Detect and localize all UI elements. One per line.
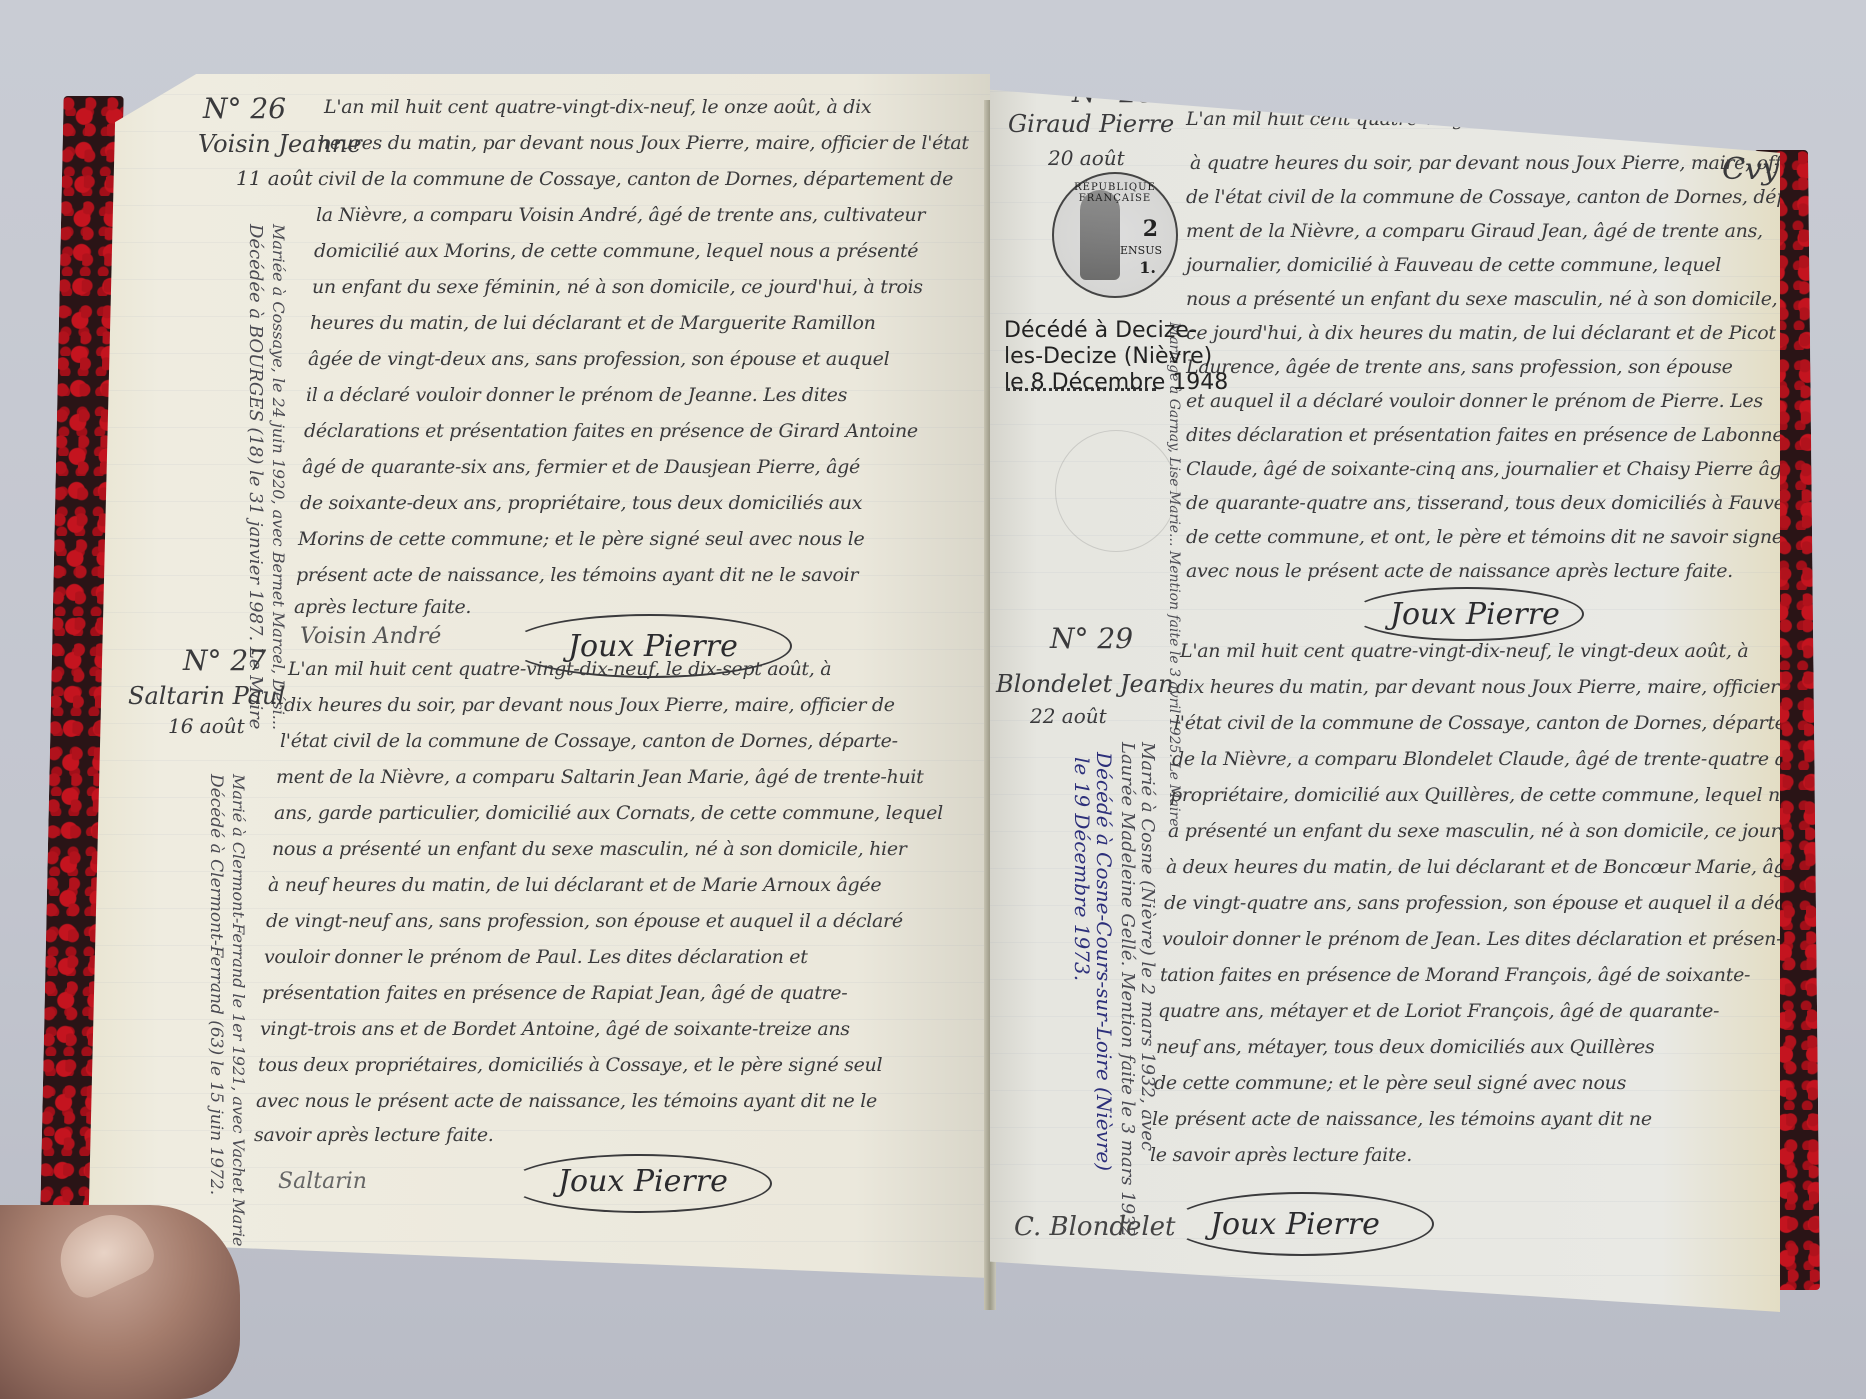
body-line: vingt-trois ans et de Bordet Antoine, âg…: [260, 1018, 850, 1040]
body-line: avec nous le présent acte de naissance, …: [256, 1090, 877, 1112]
body-line: à quatre heures du soir, par devant nous…: [1190, 152, 1823, 174]
body-line: vouloir donner le prénom de Paul. Les di…: [264, 946, 808, 968]
body-line: neuf ans, métayer, tous deux domiciliés …: [1156, 1036, 1654, 1058]
body-line: le présent acte de naissance, les témoin…: [1152, 1108, 1652, 1130]
body-line: déclarations et présentation faites en p…: [304, 420, 918, 442]
entry-number: N° 29: [1050, 622, 1133, 655]
stamp-ring-text: RÉPUBLIQUE FRANÇAISE: [1060, 182, 1170, 204]
death-note-line: les-Decize (Nièvre): [1004, 344, 1212, 369]
entry-number: N° 26: [203, 92, 286, 125]
body-line: L'an mil huit cent quatre-vingt-dix-neuf…: [288, 658, 831, 680]
body-line: de l'état civil de la commune de Cossaye…: [1186, 186, 1832, 208]
body-line: a présenté un enfant du sexe masculin, n…: [1168, 820, 1826, 842]
entry-date: 22 août: [1030, 704, 1107, 728]
body-line: avec nous le présent acte de naissance a…: [1186, 560, 1733, 582]
body-line: nous a présenté un enfant du sexe mascul…: [272, 838, 907, 860]
embossed-seal: [1055, 430, 1177, 552]
body-line: de cette commune; et le père seul signé …: [1154, 1072, 1626, 1094]
body-line: à neuf heures du matin, de lui déclarant…: [268, 874, 881, 896]
body-line: de la Nièvre, a comparu Blondelet Claude…: [1172, 748, 1813, 770]
body-line: civil de la commune de Cossaye, canton d…: [318, 168, 953, 190]
margin-note-mention: Laurée Madeleine Gellé. Mention faite le…: [1117, 742, 1138, 1237]
body-line: l'état civil de la commune de Cossaye, c…: [1174, 712, 1834, 734]
body-line: quatre ans, métayer et de Loriot Françoi…: [1158, 1000, 1719, 1022]
body-line: Claude, âgé de soixante-cinq ans, journa…: [1186, 458, 1792, 480]
death-note-underline: [1006, 384, 1156, 391]
body-line: dix heures du matin, par devant nous Jou…: [1176, 676, 1807, 698]
body-line: Morins de cette commune; et le père sign…: [298, 528, 864, 550]
signature-declarant: Saltarin: [278, 1169, 367, 1194]
body-line: un enfant du sexe féminin, né à son domi…: [312, 276, 923, 298]
body-line: de vingt-neuf ans, sans profession, son …: [266, 910, 903, 932]
body-line: domicilié aux Morins, de cette commune, …: [314, 240, 918, 262]
entry-date: 20 août: [1048, 146, 1125, 170]
body-line: après lecture faite.: [294, 596, 471, 618]
body-line: l'état civil de la commune de Cossaye, c…: [280, 730, 898, 752]
body-line: L'an mil huit cent quatre-vingt-dix-neuf…: [1186, 108, 1681, 130]
body-line: L'an mil huit cent quatre-vingt-dix-neuf…: [1180, 640, 1748, 662]
left-page: N° 26 Voisin Jeanne 11 août L'an mil hui…: [88, 74, 990, 1278]
death-note-line: Décédé à Decize-: [1004, 318, 1197, 343]
body-line: ce jourd'hui, à dix heures du matin, de …: [1186, 322, 1776, 344]
margin-note-death-date: le 19 Décembre 1973.: [1070, 757, 1094, 981]
body-line: de vingt-quatre ans, sans profession, so…: [1164, 892, 1821, 914]
body-line: le savoir après lecture faite.: [1150, 1144, 1412, 1166]
entry-number: N° 27: [183, 644, 266, 677]
entry-date: 16 août: [168, 714, 245, 738]
stamp-sub-text: ENSUS: [1120, 244, 1162, 257]
entry-number: N° 28: [1072, 76, 1155, 109]
body-line: et auquel il a déclaré vouloir donner le…: [1186, 390, 1763, 412]
body-line: Laurence, âgée de trente ans, sans profe…: [1186, 356, 1733, 378]
body-line: présentation faites en présence de Rapia…: [262, 982, 847, 1004]
body-line: il a déclaré vouloir donner le prénom de…: [306, 384, 847, 406]
body-line: journalier, domicilié à Fauveau de cette…: [1186, 254, 1721, 276]
signature-flourish: [508, 1154, 772, 1213]
body-line: vouloir donner le prénom de Jean. Les di…: [1162, 928, 1782, 950]
stamp-series: 1.: [1139, 258, 1156, 277]
body-line: ans, garde particulier, domicilié aux Co…: [274, 802, 943, 824]
body-line: la Nièvre, a comparu Voisin André, âgé d…: [316, 204, 925, 226]
body-line: nous a présenté un enfant du sexe mascul…: [1186, 288, 1777, 310]
body-line: à deux heures du matin, de lui déclarant…: [1166, 856, 1807, 878]
margin-note-death: Décédé à Clermont-Ferrand (63) le 15 jui…: [206, 774, 226, 1195]
body-line: âgée de vingt-deux ans, sans profession,…: [308, 348, 889, 370]
signature-flourish: [1170, 1192, 1434, 1256]
signature-flourish: [1350, 587, 1584, 641]
body-line: de soixante-deux ans, propriétaire, tous…: [300, 492, 862, 514]
stamp-value: 2: [1143, 216, 1158, 242]
margin-note-death: Décédé à Cosne-Cours-sur-Loire (Nièvre): [1092, 752, 1116, 1171]
margin-note-marriage: Mariée à Cossaye, le 24 juin 1920, avec …: [269, 224, 288, 730]
body-line: présent acte de naissance, les témoins a…: [296, 564, 858, 586]
fiscal-stamp: RÉPUBLIQUE FRANÇAISE 2 ENSUS 1.: [1052, 172, 1178, 298]
body-line: heures du matin, de lui déclarant et de …: [310, 312, 876, 334]
body-line: ment de la Nièvre, a comparu Saltarin Je…: [276, 766, 924, 788]
body-line: âgé de quarante-six ans, fermier et de D…: [302, 456, 860, 478]
death-note-line: le 8 Décembre 1948: [1004, 370, 1228, 395]
entry-name: Saltarin Paul: [128, 682, 285, 710]
body-line: tation faites en présence de Morand Fran…: [1160, 964, 1750, 986]
body-line: ment de la Nièvre, a comparu Giraud Jean…: [1186, 220, 1763, 242]
body-line: propriétaire, domicilié aux Quillères, d…: [1170, 784, 1812, 806]
body-line: tous deux propriétaires, domiciliés à Co…: [258, 1054, 882, 1076]
body-line: de quarante-quatre ans, tisserand, tous …: [1186, 492, 1808, 514]
signature-declarant: C. Blondelet: [1014, 1212, 1176, 1242]
body-line: dites déclaration et présentation faites…: [1186, 424, 1783, 446]
margin-note-marriage: Marié à Cosne (Nièvre) le 2 mars 1932, a…: [1137, 742, 1158, 1151]
entry-name: Giraud Pierre: [1008, 110, 1174, 138]
body-line: L'an mil huit cent quatre-vingt-dix-neuf…: [324, 96, 871, 118]
entry-name: Blondelet Jean: [996, 670, 1174, 698]
body-line: de cette commune, et ont, le père et tém…: [1186, 526, 1792, 548]
body-line: heures du matin, par devant nous Joux Pi…: [318, 132, 969, 154]
body-line: dix heures du soir, par devant nous Joux…: [284, 694, 895, 716]
body-line: savoir après lecture faite.: [254, 1124, 494, 1146]
entry-date: 11 août: [236, 166, 313, 190]
signature-declarant: Voisin André: [300, 624, 441, 649]
